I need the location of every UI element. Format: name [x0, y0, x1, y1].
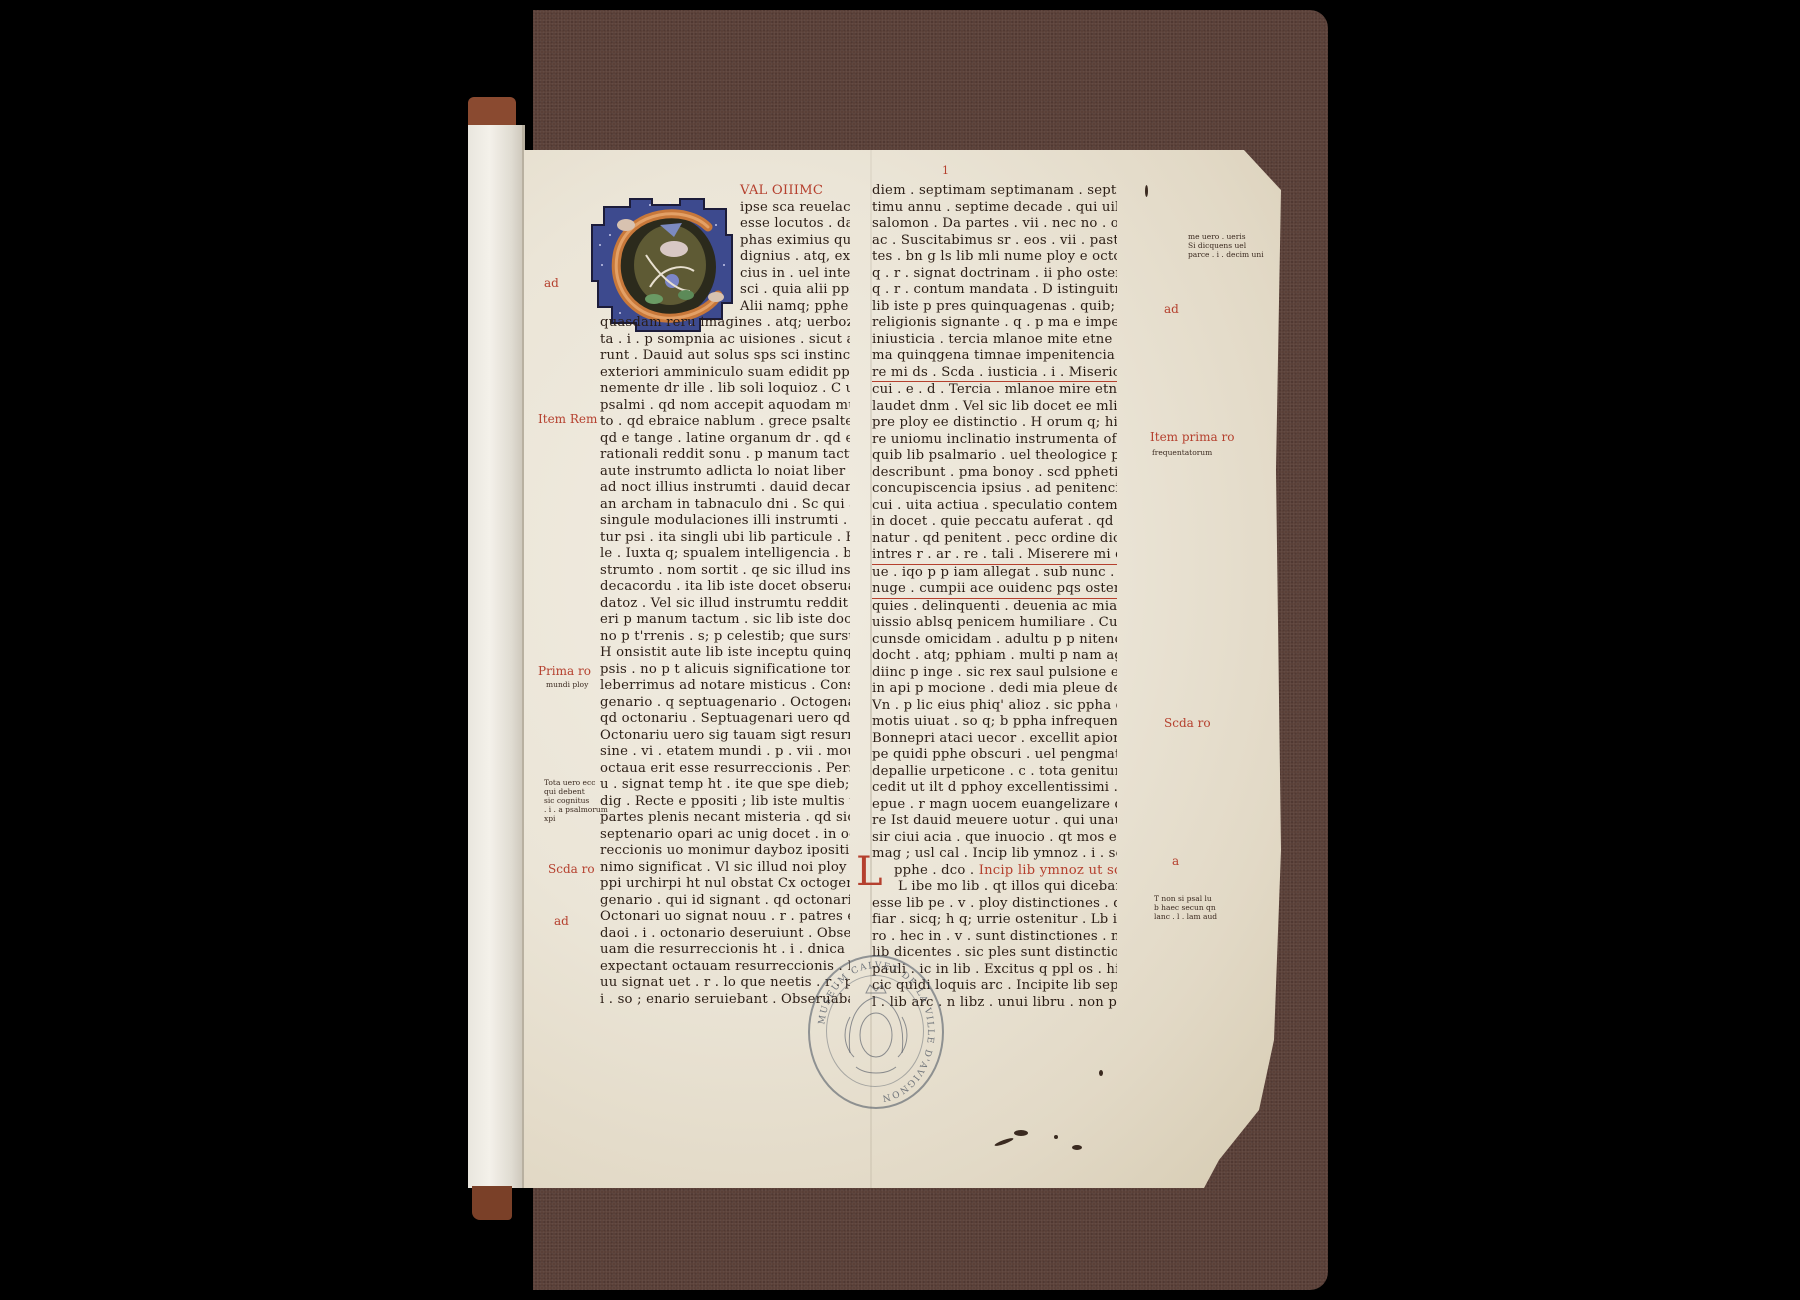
text-line: uissio ablsq penicem humiliare . Cum eni… — [872, 615, 1117, 632]
margin-note-item-rem: Item Rem — [538, 412, 597, 426]
text-line: mag ; usl cal . Incip lib ymnoz . i . so… — [872, 846, 1117, 863]
text-line: ipse sca reuelacione cercius — [600, 200, 850, 217]
text-line: docht . atq; pphiam . multi p nam agitur… — [872, 648, 1117, 665]
margin-note-scda-ro: Scda ro — [548, 862, 595, 876]
text-line: reccionis uo monimur dayboz ipositionis … — [600, 843, 850, 860]
text-line: genario . qui id signant . qd octonari .… — [600, 893, 850, 910]
text-line: leberrimus ad notare misticus . Constat … — [600, 678, 850, 695]
text-line: q . r . signat doctrinam . ii pho ostend… — [872, 266, 1117, 283]
stain-mark — [1072, 1145, 1082, 1150]
text-line: rationali reddit sonu . p manum tactu . … — [600, 447, 850, 464]
text-line: eri p manum tactum . sic lib iste docet … — [600, 612, 850, 629]
text-line: aute instrumto adlicta lo noiat liber il… — [600, 464, 850, 481]
text-line: 1​pphe . dco . Incip lib ymnoz ut solilo… — [872, 863, 1117, 880]
text-line: depallie urpeticone . c . tota genitura … — [872, 764, 1117, 781]
text-line: nuge . cumpii ace ouidenc pqs ostendit .… — [872, 581, 1117, 599]
text-line: Octonari uo signat nouu . r . patres eni… — [600, 909, 850, 926]
text-line: motis uiuat . so q; b ppha infrequent ul… — [872, 714, 1117, 731]
text-line: quib lib psalmario . uel theologice pagi… — [872, 448, 1117, 465]
text-line: singule modulaciones illi instrumti . uo… — [600, 513, 850, 530]
stamp-eagle-emblem-icon: MUSEUM CALVET DE LA VILLE D'AVIGNON — [810, 957, 942, 1107]
museum-calvet-stamp: MUSEUM CALVET DE LA VILLE D'AVIGNON — [808, 955, 944, 1109]
rubric-incipit: Incip lib ymnoz ut soliloqoz pphe dr . — [979, 863, 1117, 878]
margin-note-prima-ro: Prima ro — [538, 664, 591, 678]
text-line: describunt . pma bonoy . scd pphetia mal… — [872, 465, 1117, 482]
text-line: lib iste p pres quinquagenas . quib; tre… — [872, 299, 1117, 316]
text-line: decacordu . ita lib iste docet obseruanc… — [600, 579, 850, 596]
margin-note-a-right: a — [1172, 854, 1179, 868]
text-line: partes plenis necant misteria . qd sic n… — [600, 810, 850, 827]
text-line: phas eximius quam — [600, 233, 850, 250]
text-line: fiar . sicq; h q; urrie ostenitur . Lb i… — [872, 912, 1117, 929]
text-line: laudet dnm . Vel sic lib docet ee mli li… — [872, 399, 1117, 416]
margin-note-frequentatorum: frequentatorum — [1152, 448, 1212, 457]
text-line: epue . r magn uocem euangelizare q m pph… — [872, 797, 1117, 814]
folio-mark: 1 — [942, 164, 949, 177]
text-line: VAL OIIIMC — [600, 183, 850, 200]
text-line: ma quinqgena timnae impenitencia . i . M… — [872, 348, 1117, 365]
text-line: esse locutos . dauid p — [600, 216, 850, 233]
text-line: H onsistit aute lib iste inceptu quinqge… — [600, 645, 850, 662]
stain-mark — [994, 1137, 1014, 1148]
text-line: ue . iqo p p iam allegat . sub nunc . Do… — [872, 565, 1117, 582]
margin-note-block-left: Tota uero ecc qui debent sic cognitus . … — [544, 778, 608, 823]
text-line: qd e tange . latine organum dr . qd e de… — [600, 431, 850, 448]
text-line: q . r . contum mandata . D istinguitr au… — [872, 282, 1117, 299]
text-line: dignius . atq, excellen — [600, 249, 850, 266]
text-line: u . signat temp ht . ite que spe dieb; r… — [600, 777, 850, 794]
text-line: septenario opari ac unig docet . in octa… — [600, 827, 850, 844]
text-line: sine . vi . etatem mundi . p . vii . mou… — [600, 744, 850, 761]
text-line: datoz . Vel sic illud instrumtu reddit s… — [600, 596, 850, 613]
text-line: runt . Dauid aut solus sps sci instinctu… — [600, 348, 850, 365]
text-line: L ibe mo lib . qt illos qui dicebant plu… — [872, 879, 1117, 896]
stain-mark — [1014, 1130, 1028, 1136]
text-line: strumto . nom sortit . qe sic illud inst… — [600, 563, 850, 580]
text-line: to . qd ebraice nablum . grece psalteriu… — [600, 414, 850, 431]
text-line: tes . bn g ls lib mli nume ploy e octo .… — [872, 249, 1117, 266]
text-line: cunsde omicidam . adultu p p nitenciam f… — [872, 632, 1117, 649]
stain-mark — [1099, 1070, 1103, 1076]
text-line: le . Iuxta q; spualem intelligencia . bn… — [600, 546, 850, 563]
text-line: Alii namq; pphe per — [600, 299, 850, 316]
text-line: cedit ut ilt d pphoy excellentissimi . o… — [872, 780, 1117, 797]
text-line: pe quidi pphe obscuri . uel pengmata diu… — [872, 747, 1117, 764]
text-line: sir ciui acia . que inuocio . qt mos et … — [872, 830, 1117, 847]
margin-note-ad: ad — [544, 276, 559, 290]
text-line: psalmi . qd nom accepit aquodam musico i… — [600, 398, 850, 415]
text-line: intres r . ar . re . tali . Miserere mi … — [872, 547, 1117, 565]
text-line: diinc p inge . sic rex saul pulsione eun… — [872, 665, 1117, 682]
margin-note-ad-right: ad — [1164, 302, 1179, 316]
text-line: timu annu . septime decade . qui uibile … — [872, 200, 1117, 217]
margin-note-block-right-bottom: T non si psal lu b haec secun qn lanc . … — [1154, 894, 1217, 921]
text-line: dig . Recte e ppositi ; lib iste multis … — [600, 794, 850, 811]
text-line: pre ploy ee distinctio . H orum q; hic s… — [872, 415, 1117, 432]
text-line: ta . i . p sompnia ac uisiones . sicut a… — [600, 332, 850, 349]
spine-cap-bottom — [472, 1186, 512, 1220]
svg-text:MUSEUM CALVET DE LA VILLE D'AV: MUSEUM CALVET DE LA VILLE D'AVIGNON — [817, 961, 935, 1103]
text-line: tur psi . ita singli ubi lib particule .… — [600, 530, 850, 547]
text-line: re Ist dauid meuere uotur . qui unaunt .… — [872, 813, 1117, 830]
text-line: nemente dr ille . lib soli loquioz . C u… — [600, 381, 850, 398]
text-line: Bonnepri ataci uecor . excellit apione .… — [872, 731, 1117, 748]
text-line: in api p mocione . dedi mia pleue defice… — [872, 681, 1117, 698]
text-line: ro . hec in . v . sunt distinctiones . n… — [872, 929, 1117, 946]
text-line: salomon . Da partes . vii . nec no . oct… — [872, 216, 1117, 233]
text-line: sci . quia alii pphant — [600, 282, 850, 299]
margin-note-scda-ro-right: Scda ro — [1164, 716, 1211, 730]
text-line: cius in . uel intelligatis — [600, 266, 850, 283]
margin-note-block-right-top: me uero . ueris Si dicquens uel parce . … — [1188, 232, 1264, 259]
margin-note-mundi: mundi ploy — [546, 680, 588, 689]
text-line: qd octonariu . Septuagenari uero qd sept… — [600, 711, 850, 728]
text-line: ac . Suscitabimus sr . eos . vii . pasto… — [872, 233, 1117, 250]
text-line: no p t'rrenis . s; p celestib; que sursu… — [600, 629, 850, 646]
text-line: Octonariu uero sig tauam sigt resurrecti… — [600, 728, 850, 745]
text-column-left: VAL OIIIMC ipse sca reuelacione cercius … — [600, 183, 850, 1008]
text-line: exteriori amminiculo suam edidit pphiam … — [600, 365, 850, 382]
text-line: quies . delinquenti . deuenia ac mia di … — [872, 599, 1117, 616]
text-line: daoi . i . octonario deseruiunt . Obseru… — [600, 926, 850, 943]
text-line: iniusticia . tercia mlanoe mite etne . q… — [872, 332, 1117, 349]
text-line: cui . uita actiua . speculatio contempla… — [872, 498, 1117, 515]
manuscript-folio: VAL OIIIMC ipse sca reuelacione cercius … — [524, 150, 1281, 1188]
spine-binding-strip — [468, 125, 525, 1188]
text-line: cui . e . d . Tercia . mlanoe mire etne … — [872, 382, 1117, 399]
text-column-right: diem . septimam septimanam . septimu mes… — [872, 183, 1117, 1011]
ink-mark — [1145, 185, 1148, 197]
text-line: an archam in tabnaculo dni . Sc qui admo… — [600, 497, 850, 514]
margin-note-item-prima-ro: Item prima ro — [1150, 430, 1234, 444]
text-line: ppi urchirpi ht nul obstat Cx octogenari… — [600, 876, 850, 893]
rubric-heading: VAL OIIIMC — [740, 183, 823, 198]
text-line: in docet . quie peccatu auferat . qd pen… — [872, 514, 1117, 531]
stain-mark — [1054, 1135, 1058, 1139]
text-line: psis . no p t alicuis significatione ton… — [600, 662, 850, 679]
margin-note-ad-2: ad — [554, 914, 569, 928]
text-line: concupiscencia ipsius . ad penitencia . … — [872, 481, 1117, 498]
text-line: re mi ds . Scda . iusticia . i . Miseric… — [872, 365, 1117, 383]
text-line: diem . septimam septimanam . septimu mes… — [872, 183, 1117, 200]
text-line: ad noct illius instrumti . dauid decanta… — [600, 480, 850, 497]
text-line: Vn . p lic eius phiq' alioz . sic ppha d… — [872, 698, 1117, 715]
text-line: esse lib pe . v . ploy distinctiones . q… — [872, 896, 1117, 913]
text-line: nimo significat . Vl sic illud noi ploy … — [600, 860, 850, 877]
rubric-initial-l: L — [856, 852, 883, 892]
text-line: natur . qd penitent . pecc ordine dicat … — [872, 531, 1117, 548]
text-line: octaua erit esse resurreccionis . Persep… — [600, 761, 850, 778]
text-line: quasdam reru imagines . atq; uerboz inte… — [600, 315, 850, 332]
text-line: re uniomu inclinatio instrumenta officiu… — [872, 432, 1117, 449]
text-line: religionis signante . q . p ma e impenit… — [872, 315, 1117, 332]
text-line: genario . q septuagenario . Octogenariu … — [600, 695, 850, 712]
